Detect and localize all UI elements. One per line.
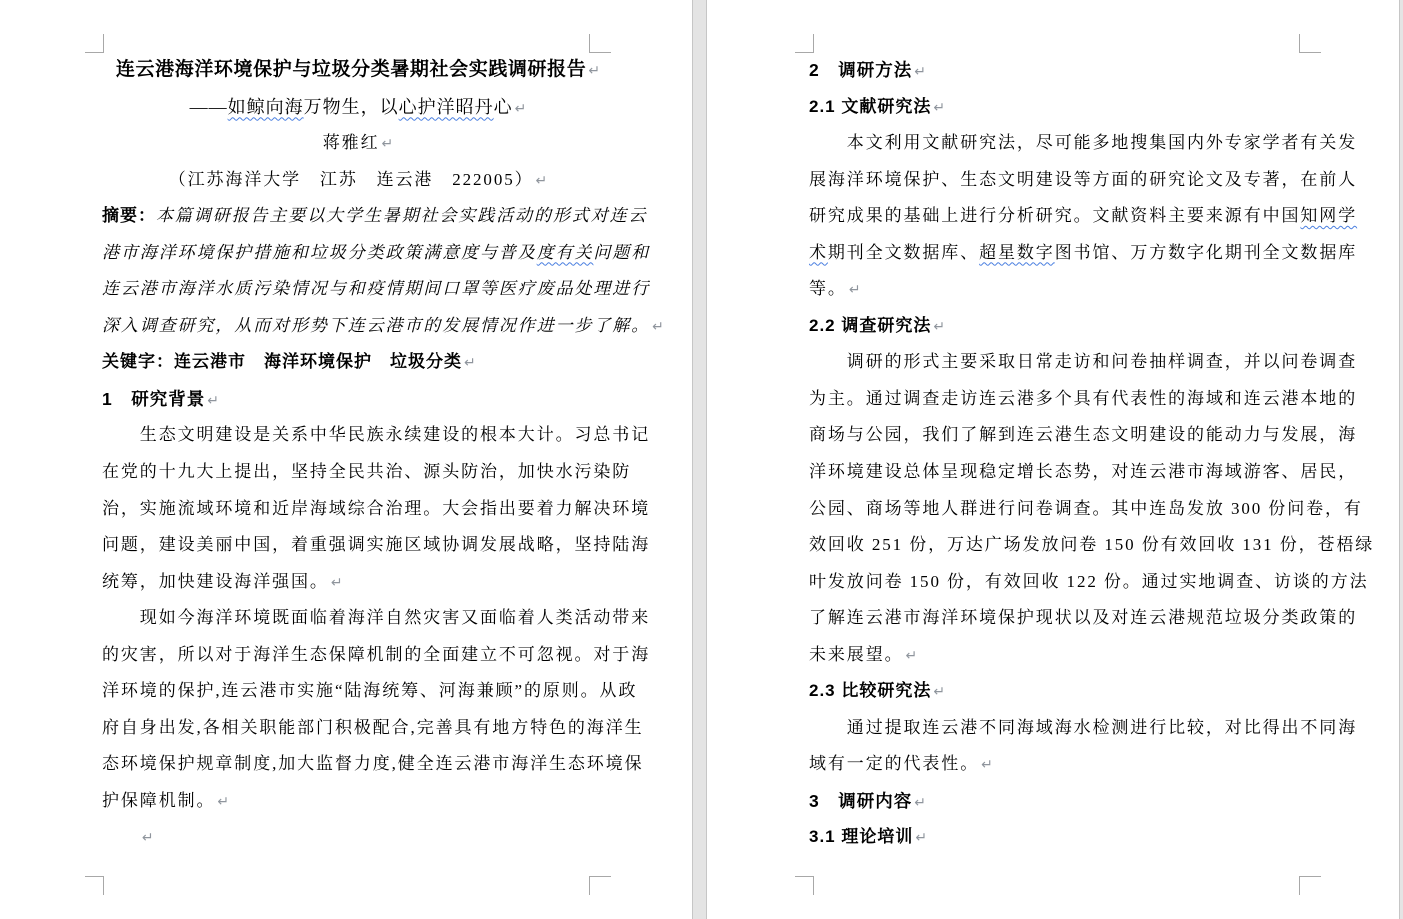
text-line[interactable]: 洋环境的保护,连云港市实施“陆海统筹、河海兼顾”的原则。从政 (102, 673, 614, 710)
text-run: 2.3 比较研究法 (809, 681, 931, 700)
text-line[interactable]: 统筹，加快建设海洋强国。↵ (102, 564, 614, 601)
text-run: 调研的形式主要采取日常走访和问卷抽样调查，并以问卷调查 (809, 352, 1357, 371)
margin-crop-mark (589, 876, 611, 895)
text-line[interactable]: 连云港海洋环境保护与垃圾分类暑期社会实践调研报告↵ (102, 52, 614, 89)
text-run: 府自身出发,各相关职能部门积极配合,完善具有地方特色的海洋生 (102, 718, 644, 737)
text-line[interactable]: 的灾害，所以对于海洋生态保障机制的全面建立不可忽视。对于海 (102, 637, 614, 674)
text-run: 在党的十九大上提出，坚持全民共治、源头防治，加快水污染防 (102, 462, 631, 481)
text-line[interactable]: 生态文明建设是关系中华民族永续建设的根本大计。习总书记 (102, 417, 614, 454)
paragraph-mark-icon: ↵ (912, 64, 926, 80)
paragraph-mark-icon: ↵ (650, 319, 664, 335)
text-run: 期刊全文数据库、 (828, 243, 979, 262)
text-run: 洋环境的保护,连云港市实施“陆海统筹、河海兼顾”的原则。从政 (102, 681, 637, 700)
text-line[interactable]: 2 调研方法↵ (809, 52, 1321, 89)
text-line[interactable]: 3 调研内容↵ (809, 783, 1321, 820)
text-line[interactable]: 在党的十九大上提出，坚持全民共治、源头防治，加快水污染防 (102, 454, 614, 491)
text-line[interactable]: 本文利用文献研究法，尽可能多地搜集国内外专家学者有关发 (809, 125, 1321, 162)
text-run: 护保障机制。 (102, 791, 215, 810)
text-run: 知网学 (1300, 206, 1357, 225)
paragraph-mark-icon: ↵ (847, 282, 861, 298)
text-line[interactable]: 府自身出发,各相关职能部门积极配合,完善具有地方特色的海洋生 (102, 710, 614, 747)
text-line[interactable]: 2.3 比较研究法↵ (809, 673, 1321, 710)
text-line[interactable]: 3.1 理论培训↵ (809, 819, 1321, 856)
paragraph-mark-icon: ↵ (462, 355, 476, 371)
text-line[interactable]: 2.1 文献研究法↵ (809, 89, 1321, 126)
text-line[interactable]: 未来展望。↵ (809, 637, 1321, 674)
text-run: 治，实施流域环境和近岸海域综合治理。大会指出要着力解决环境 (102, 499, 650, 518)
text-run: 如鲸向海 (228, 97, 304, 117)
text-run: 心护洋昭丹 (399, 97, 494, 117)
text-run: 术 (809, 243, 828, 262)
text-line[interactable]: 效回收 251 份，万达广场发放问卷 150 份有效回收 131 份，苍梧绿 (809, 527, 1321, 564)
text-line[interactable]: 深入调查研究，从而对形势下连云港市的发展情况作进一步了解。↵ (102, 308, 614, 345)
text-line[interactable]: 通过提取连云港不同海域海水检测进行比较，对比得出不同海 (809, 710, 1321, 747)
text-run: 3.1 理论培训 (809, 827, 913, 846)
text-run: 效回收 251 份，万达广场发放问卷 150 份有效回收 131 份，苍梧绿 (809, 535, 1374, 554)
text-line[interactable]: 等。↵ (809, 271, 1321, 308)
text-line[interactable]: 摘要：本篇调研报告主要以大学生暑期社会实践活动的形式对连云 (102, 198, 614, 235)
text-run: 本文利用文献研究法，尽可能多地搜集国内外专家学者有关发 (809, 133, 1357, 152)
text-line[interactable]: 公园、商场等地人群进行问卷调查。其中连岛发放 300 份问卷，有 (809, 491, 1321, 528)
paragraph-mark-icon: ↵ (931, 100, 945, 116)
text-line[interactable]: 调研的形式主要采取日常走访和问卷抽样调查，并以问卷调查 (809, 344, 1321, 381)
text-line[interactable]: 了解连云港市海洋环境保护现状以及对连云港规范垃圾分类政策的 (809, 600, 1321, 637)
page-gap (693, 0, 706, 919)
text-run: 商场与公园，我们了解到连云港生态文明建设的能动力与发展，海 (809, 425, 1357, 444)
text-run: 洋环境建设总体呈现稳定增长态势，对连云港市海域游客、居民， (809, 462, 1357, 481)
margin-crop-mark (589, 34, 611, 53)
text-run: 等。 (809, 279, 847, 298)
text-run: （江苏海洋大学 江苏 连云港 222005） (169, 170, 534, 189)
text-line[interactable]: 关键字：连云港市 海洋环境保护 垃圾分类↵ (102, 344, 614, 381)
paragraph-mark-icon: ↵ (913, 830, 927, 846)
text-run: 图书馆、万方数字化期刊全文数据库 (1055, 243, 1357, 262)
margin-crop-mark (85, 34, 104, 53)
text-run: —— (190, 97, 228, 117)
paragraph-mark-icon: ↵ (931, 684, 945, 700)
text-line[interactable]: 1 研究背景↵ (102, 381, 614, 418)
text-run: 统筹，加快建设海洋强国。 (102, 572, 329, 591)
text-run: 本篇调研报告主要以大学生暑期社会实践活动的形式对连云 (156, 206, 647, 225)
margin-crop-mark (85, 876, 104, 895)
text-run: 问题和 (593, 243, 650, 262)
paragraph-mark-icon: ↵ (904, 648, 918, 664)
text-run (102, 827, 140, 846)
paragraph-mark-icon: ↵ (912, 795, 926, 811)
text-line[interactable]: 蒋雅红↵ (102, 125, 614, 162)
text-run: 2 调研方法 (809, 60, 912, 80)
text-line[interactable]: 展海洋环境保护、生态文明建设等方面的研究论文及专著，在前人 (809, 162, 1321, 199)
text-line[interactable]: 2.2 调查研究法↵ (809, 308, 1321, 345)
paragraph-mark-icon: ↵ (205, 393, 219, 409)
text-line[interactable]: 术期刊全文数据库、超星数字图书馆、万方数字化期刊全文数据库 (809, 235, 1321, 272)
paragraph-mark-icon: ↵ (534, 173, 548, 189)
text-run: 1 研究背景 (102, 389, 205, 409)
text-line[interactable]: 洋环境建设总体呈现稳定增长态势，对连云港市海域游客、居民， (809, 454, 1321, 491)
text-line[interactable]: 连云港市海洋水质污染情况与和疫情期间口罩等医疗废品处理进行 (102, 271, 614, 308)
text-run: 叶发放问卷 150 份，有效回收 122 份。通过实地调查、访谈的方法 (809, 572, 1369, 591)
text-run: 2.1 文献研究法 (809, 97, 931, 116)
text-run: 了解连云港市海洋环境保护现状以及对连云港规范垃圾分类政策的 (809, 608, 1357, 627)
text-run: 超星数字 (979, 243, 1055, 262)
text-line[interactable]: 叶发放问卷 150 份，有效回收 122 份。通过实地调查、访谈的方法 (809, 564, 1321, 601)
text-run: 蒋雅红 (323, 133, 380, 152)
text-run: 通过提取连云港不同海域海水检测进行比较，对比得出不同海 (809, 718, 1357, 737)
paragraph-mark-icon: ↵ (329, 575, 343, 591)
text-line[interactable]: ——如鲸向海万物生，以心护洋昭丹心↵ (102, 89, 614, 126)
margin-crop-mark (795, 876, 814, 895)
margin-crop-mark (795, 34, 814, 53)
text-run: 展海洋环境保护、生态文明建设等方面的研究论文及专著，在前人 (809, 170, 1357, 189)
text-run: 态环境保护规章制度,加大监督力度,健全连云港市海洋生态环境保 (102, 754, 644, 773)
page-1-text-area[interactable]: 连云港海洋环境保护与垃圾分类暑期社会实践调研报告↵——如鲸向海万物生，以心护洋昭… (102, 52, 614, 856)
text-line[interactable]: ↵ (102, 819, 614, 856)
text-run: 2.2 调查研究法 (809, 316, 931, 335)
paragraph-mark-icon: ↵ (979, 757, 993, 773)
text-line[interactable]: 治，实施流域环境和近岸海域综合治理。大会指出要着力解决环境 (102, 491, 614, 528)
text-line[interactable]: 研究成果的基础上进行分析研究。文献资料主要来源有中国知网学 (809, 198, 1321, 235)
text-run: 深入调查研究，从而对形势下连云港市的发展情况作进一步了解。 (102, 316, 650, 335)
paragraph-mark-icon: ↵ (140, 830, 154, 846)
text-run: 问题，建设美丽中国，着重强调实施区域协调发展战略，坚持陆海 (102, 535, 650, 554)
document-page-1[interactable]: 连云港海洋环境保护与垃圾分类暑期社会实践调研报告↵——如鲸向海万物生，以心护洋昭… (0, 0, 693, 919)
paragraph-mark-icon: ↵ (586, 63, 600, 79)
text-line[interactable]: 商场与公园，我们了解到连云港生态文明建设的能动力与发展，海 (809, 417, 1321, 454)
text-line[interactable]: 护保障机制。↵ (102, 783, 614, 820)
document-page-2[interactable]: 2 调研方法↵2.1 文献研究法↵ 本文利用文献研究法，尽可能多地搜集国内外专家… (706, 0, 1400, 919)
text-run: 的灾害，所以对于海洋生态保障机制的全面建立不可忽视。对于海 (102, 645, 650, 664)
paragraph-mark-icon: ↵ (215, 794, 229, 810)
text-run: 现如今海洋环境既面临着海洋自然灾害又面临着人类活动带来 (102, 608, 650, 627)
text-run: 万物生，以 (304, 97, 399, 117)
text-run: 心 (494, 97, 513, 117)
text-run: 研究成果的基础上进行分析研究。文献资料主要来源有中国 (809, 206, 1300, 225)
margin-crop-mark (1299, 876, 1321, 895)
text-line[interactable]: 为主。通过调查走访连云港多个具有代表性的海域和连云港本地的 (809, 381, 1321, 418)
text-line[interactable]: 态环境保护规章制度,加大监督力度,健全连云港市海洋生态环境保 (102, 746, 614, 783)
text-run: 未来展望。 (809, 645, 904, 664)
text-run: 连云港海洋环境保护与垃圾分类暑期社会实践调研报告 (116, 59, 586, 80)
text-run: 连云港市海洋水质污染情况与和疫情期间口罩等医疗废品处理进行 (102, 279, 650, 298)
margin-crop-mark (1299, 34, 1321, 53)
text-run: 港市海洋环境保护措施和垃圾分类政策满意度与普及 (102, 243, 537, 262)
text-run: 生态文明建设是关系中华民族永续建设的根本大计。习总书记 (102, 425, 650, 444)
page-2-text-area[interactable]: 2 调研方法↵2.1 文献研究法↵ 本文利用文献研究法，尽可能多地搜集国内外专家… (809, 52, 1321, 856)
text-line[interactable]: 域有一定的代表性。↵ (809, 746, 1321, 783)
text-line[interactable]: 问题，建设美丽中国，着重强调实施区域协调发展战略，坚持陆海 (102, 527, 614, 564)
text-line[interactable]: （江苏海洋大学 江苏 连云港 222005）↵ (102, 162, 614, 199)
text-run: 3 调研内容 (809, 791, 912, 811)
text-run: 摘要： (102, 206, 156, 225)
text-run: 为主。通过调查走访连云港多个具有代表性的海域和连云港本地的 (809, 389, 1357, 408)
text-run: 公园、商场等地人群进行问卷调查。其中连岛发放 300 份问卷，有 (809, 499, 1363, 518)
text-line[interactable]: 现如今海洋环境既面临着海洋自然灾害又面临着人类活动带来 (102, 600, 614, 637)
text-run: 域有一定的代表性。 (809, 754, 979, 773)
paragraph-mark-icon: ↵ (931, 319, 945, 335)
document-view: { "colors": { "page_background": "#fffff… (0, 0, 1403, 919)
paragraph-mark-icon: ↵ (513, 101, 527, 117)
text-run: 关键字：连云港市 海洋环境保护 垃圾分类 (102, 352, 462, 371)
text-line[interactable]: 港市海洋环境保护措施和垃圾分类政策满意度与普及度有关问题和 (102, 235, 614, 272)
paragraph-mark-icon: ↵ (379, 136, 393, 152)
text-run: 度有关 (537, 243, 594, 262)
